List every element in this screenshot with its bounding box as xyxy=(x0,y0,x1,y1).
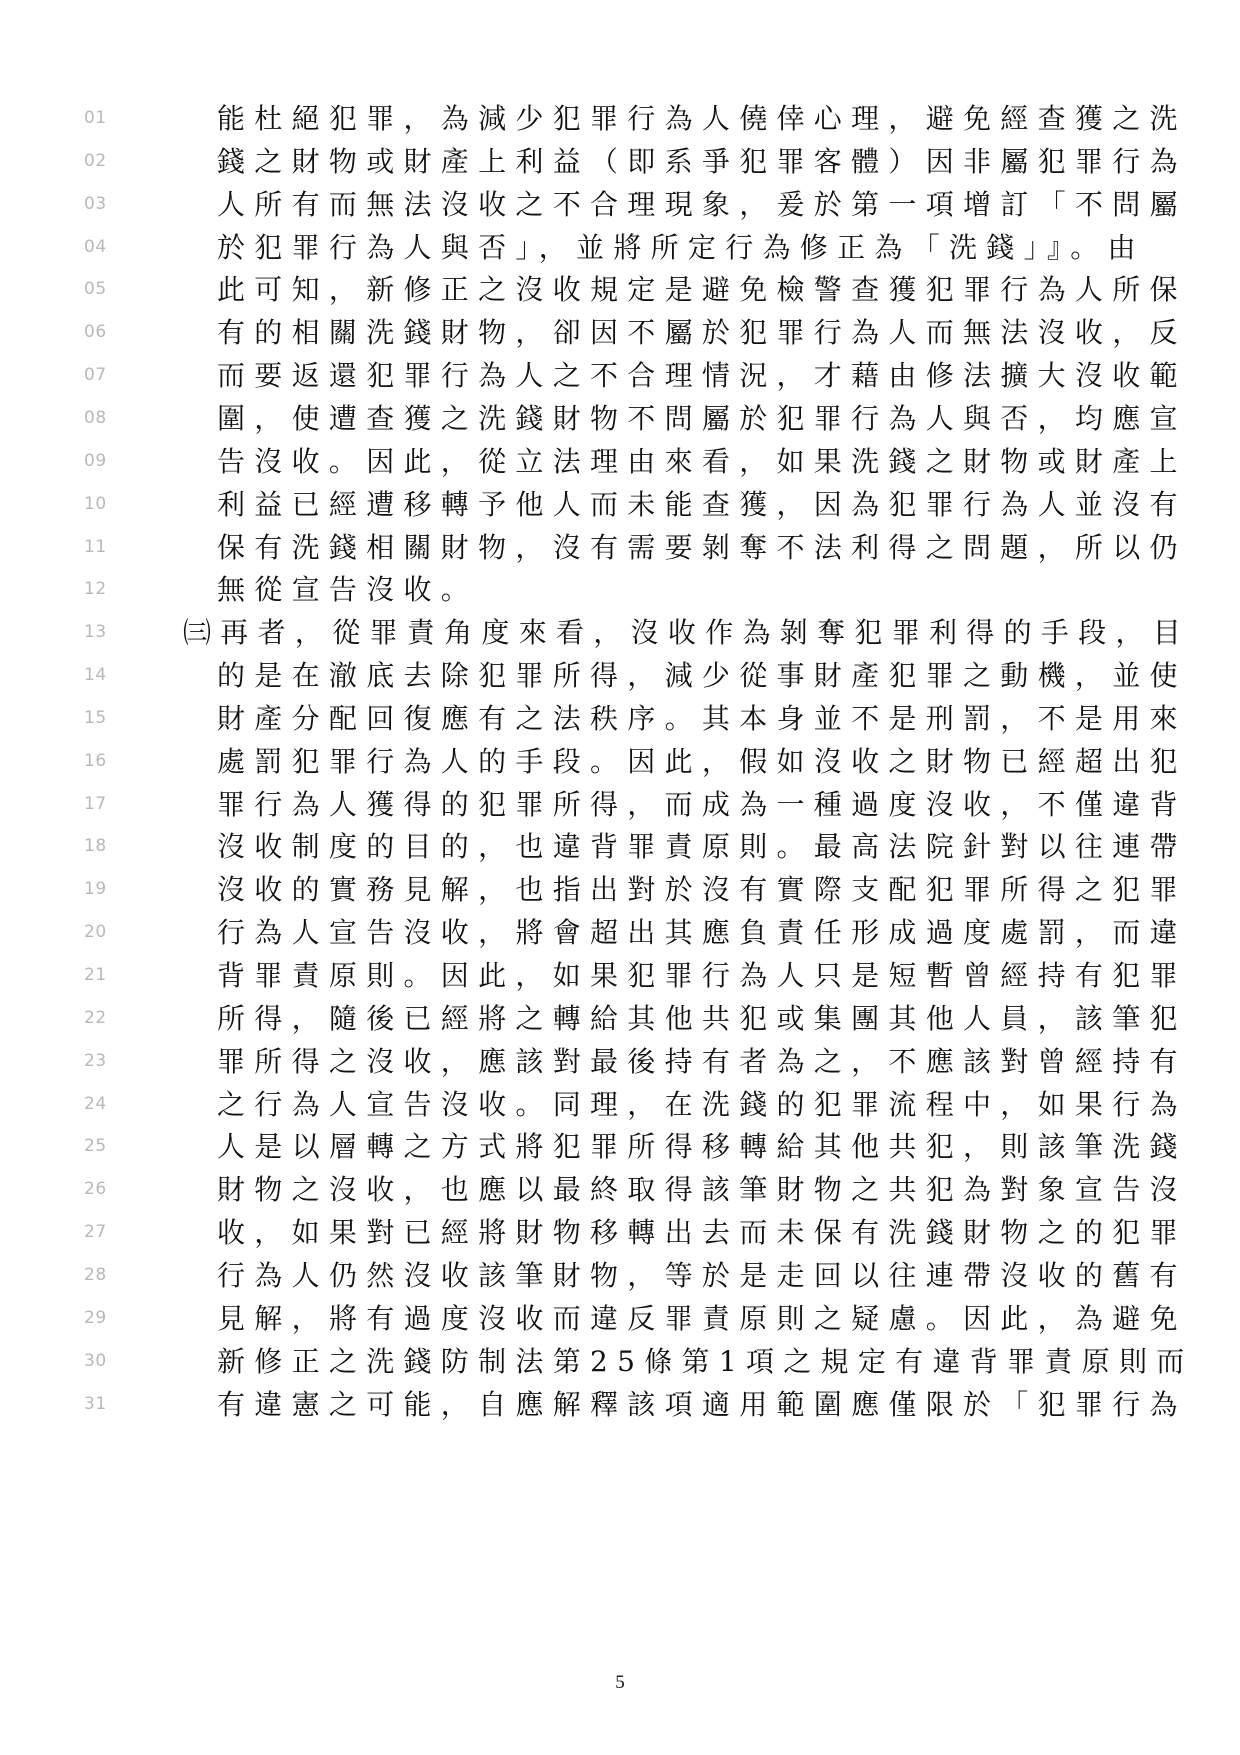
document-line: 27收，如果對已經將財物移轉出去而未保有洗錢財物之的犯罪 xyxy=(0,1211,1240,1254)
document-line: 17罪行為人獲得的犯罪所得，而成為一種過度沒收，不僅違背 xyxy=(0,783,1240,826)
line-number: 13 xyxy=(84,611,124,654)
document-line: 24之行為人宣告沒收。同理，在洗錢的犯罪流程中，如果行為 xyxy=(0,1083,1240,1126)
line-text: 圍，使遭查獲之洗錢財物不問屬於犯罪行為人與否，均應宣 xyxy=(217,397,1087,440)
document-line: 05此可知，新修正之沒收規定是避免檢警查獲犯罪行為人所保 xyxy=(0,268,1240,311)
line-text: 能杜絕犯罪，為減少犯罪行為人僥倖心理，避免經查獲之洗 xyxy=(217,97,1087,140)
document-line: 23罪所得之沒收，應該對最後持有者為之，不應該對曾經持有 xyxy=(0,1040,1240,1083)
document-line: 09告沒收。因此，從立法理由來看，如果洗錢之財物或財產上 xyxy=(0,440,1240,483)
document-line: 08圍，使遭查獲之洗錢財物不問屬於犯罪行為人與否，均應宣 xyxy=(0,397,1240,440)
line-number: 02 xyxy=(84,140,124,183)
document-line: 12無從宣告沒收。 xyxy=(0,568,1240,611)
document-line: 06有的相關洗錢財物，卻因不屬於犯罪行為人而無法沒收，反 xyxy=(0,311,1240,354)
line-number: 07 xyxy=(84,354,124,397)
line-number: 16 xyxy=(84,740,124,783)
document-line: 13㈢再者，從罪責角度來看，沒收作為剝奪犯罪利得的手段，目 xyxy=(0,611,1240,654)
line-text: 錢之財物或財產上利益（即系爭犯罪客體）因非屬犯罪行為 xyxy=(217,140,1087,183)
document-line: 10利益已經遭移轉予他人而未能查獲，因為犯罪行為人並沒有 xyxy=(0,483,1240,526)
line-number: 19 xyxy=(84,868,124,911)
line-number: 26 xyxy=(84,1168,124,1211)
line-text: 財物之沒收，也應以最終取得該筆財物之共犯為對象宣告沒 xyxy=(217,1168,1087,1211)
line-text: 見解，將有過度沒收而違反罪責原則之疑慮。因此，為避免 xyxy=(217,1297,1087,1340)
document-line: 14的是在澈底去除犯罪所得，減少從事財產犯罪之動機，並使 xyxy=(0,654,1240,697)
line-number: 03 xyxy=(84,183,124,226)
enumerated-paragraph-start: ㈢再者，從罪責角度來看，沒收作為剝奪犯罪利得的手段，目 xyxy=(183,611,1053,654)
document-line: 21背罪責原則。因此，如果犯罪行為人只是短暫曾經持有犯罪 xyxy=(0,954,1240,997)
document-line: 30新修正之洗錢防制法第25條第1項之規定有違背罪責原則而 xyxy=(0,1340,1240,1383)
line-number: 04 xyxy=(84,226,124,269)
line-number: 14 xyxy=(84,654,124,697)
line-text: 無從宣告沒收。 xyxy=(217,568,1087,611)
line-text: 處罰犯罪行為人的手段。因此，假如沒收之財物已經超出犯 xyxy=(217,740,1087,783)
line-text: 收，如果對已經將財物移轉出去而未保有洗錢財物之的犯罪 xyxy=(217,1211,1087,1254)
line-number: 01 xyxy=(84,97,124,140)
line-number: 29 xyxy=(84,1297,124,1340)
line-number: 10 xyxy=(84,483,124,526)
document-line: 25人是以層轉之方式將犯罪所得移轉給其他共犯，則該筆洗錢 xyxy=(0,1125,1240,1168)
document-line: 31有違憲之可能，自應解釋該項適用範圍應僅限於「犯罪行為 xyxy=(0,1383,1240,1426)
document-line: 02錢之財物或財產上利益（即系爭犯罪客體）因非屬犯罪行為 xyxy=(0,140,1240,183)
document-line: 07而要返還犯罪行為人之不合理情況，才藉由修法擴大沒收範 xyxy=(0,354,1240,397)
document-line: 26財物之沒收，也應以最終取得該筆財物之共犯為對象宣告沒 xyxy=(0,1168,1240,1211)
line-number: 22 xyxy=(84,997,124,1040)
line-text: 的是在澈底去除犯罪所得，減少從事財產犯罪之動機，並使 xyxy=(217,654,1087,697)
line-text: 告沒收。因此，從立法理由來看，如果洗錢之財物或財產上 xyxy=(217,440,1087,483)
line-text: 所得，隨後已經將之轉給其他共犯或集團其他人員，該筆犯 xyxy=(217,997,1087,1040)
line-number: 09 xyxy=(84,440,124,483)
line-number: 18 xyxy=(84,825,124,868)
line-text: 有違憲之可能，自應解釋該項適用範圍應僅限於「犯罪行為 xyxy=(217,1383,1087,1426)
document-line: 20行為人宣告沒收，將會超出其應負責任形成過度處罰，而違 xyxy=(0,911,1240,954)
line-number: 27 xyxy=(84,1211,124,1254)
document-line: 11保有洗錢相關財物，沒有需要剝奪不法利得之問題，所以仍 xyxy=(0,526,1240,569)
line-text: 沒收的實務見解，也指出對於沒有實際支配犯罪所得之犯罪 xyxy=(217,868,1087,911)
line-text: 而要返還犯罪行為人之不合理情況，才藉由修法擴大沒收範 xyxy=(217,354,1087,397)
document-line: 18沒收制度的目的，也違背罪責原則。最高法院針對以往連帶 xyxy=(0,825,1240,868)
line-text: 財產分配回復應有之法秩序。其本身並不是刑罰，不是用來 xyxy=(217,697,1087,740)
line-text: 利益已經遭移轉予他人而未能查獲，因為犯罪行為人並沒有 xyxy=(217,483,1087,526)
document-line: 15財產分配回復應有之法秩序。其本身並不是刑罰，不是用來 xyxy=(0,697,1240,740)
line-text: 人所有而無法沒收之不合理現象，爰於第一項增訂「不問屬 xyxy=(217,183,1087,226)
document-line: 01能杜絕犯罪，為減少犯罪行為人僥倖心理，避免經查獲之洗 xyxy=(0,97,1240,140)
line-number: 25 xyxy=(84,1125,124,1168)
line-text: 之行為人宣告沒收。同理，在洗錢的犯罪流程中，如果行為 xyxy=(217,1083,1087,1126)
document-line: 04於犯罪行為人與否」，並將所定行為修正為「洗錢」』。由 xyxy=(0,226,1240,269)
line-number: 06 xyxy=(84,311,124,354)
line-number: 23 xyxy=(84,1040,124,1083)
line-text: 有的相關洗錢財物，卻因不屬於犯罪行為人而無法沒收，反 xyxy=(217,311,1087,354)
line-text: 此可知，新修正之沒收規定是避免檢警查獲犯罪行為人所保 xyxy=(217,268,1087,311)
line-number: 17 xyxy=(84,783,124,826)
page-number: 5 xyxy=(0,1672,1240,1694)
line-number: 08 xyxy=(84,397,124,440)
line-number: 15 xyxy=(84,697,124,740)
document-line: 03人所有而無法沒收之不合理現象，爰於第一項增訂「不問屬 xyxy=(0,183,1240,226)
line-number: 31 xyxy=(84,1383,124,1426)
document-line: 16處罰犯罪行為人的手段。因此，假如沒收之財物已經超出犯 xyxy=(0,740,1240,783)
document-page: 01能杜絕犯罪，為減少犯罪行為人僥倖心理，避免經查獲之洗02錢之財物或財產上利益… xyxy=(0,0,1240,1755)
line-text: 新修正之洗錢防制法第25條第1項之規定有違背罪責原則而 xyxy=(217,1340,1087,1383)
line-number: 05 xyxy=(84,268,124,311)
line-number: 21 xyxy=(84,954,124,997)
document-line: 22所得，隨後已經將之轉給其他共犯或集團其他人員，該筆犯 xyxy=(0,997,1240,1040)
line-number: 24 xyxy=(84,1083,124,1126)
line-text: 行為人宣告沒收，將會超出其應負責任形成過度處罰，而違 xyxy=(217,911,1087,954)
line-number: 11 xyxy=(84,526,124,569)
document-line: 29見解，將有過度沒收而違反罪責原則之疑慮。因此，為避免 xyxy=(0,1297,1240,1340)
line-text: 罪所得之沒收，應該對最後持有者為之，不應該對曾經持有 xyxy=(217,1040,1087,1083)
line-text: 於犯罪行為人與否」，並將所定行為修正為「洗錢」』。由 xyxy=(217,226,1087,269)
line-text: 人是以層轉之方式將犯罪所得移轉給其他共犯，則該筆洗錢 xyxy=(217,1125,1087,1168)
document-line: 28行為人仍然沒收該筆財物，等於是走回以往連帶沒收的舊有 xyxy=(0,1254,1240,1297)
document-line: 19沒收的實務見解，也指出對於沒有實際支配犯罪所得之犯罪 xyxy=(0,868,1240,911)
line-number: 30 xyxy=(84,1340,124,1383)
line-text: 背罪責原則。因此，如果犯罪行為人只是短暫曾經持有犯罪 xyxy=(217,954,1087,997)
line-text: 罪行為人獲得的犯罪所得，而成為一種過度沒收，不僅違背 xyxy=(217,783,1087,826)
line-number: 28 xyxy=(84,1254,124,1297)
line-number: 20 xyxy=(84,911,124,954)
line-text: 保有洗錢相關財物，沒有需要剝奪不法利得之問題，所以仍 xyxy=(217,526,1087,569)
line-text: 行為人仍然沒收該筆財物，等於是走回以往連帶沒收的舊有 xyxy=(217,1254,1087,1297)
line-text: 沒收制度的目的，也違背罪責原則。最高法院針對以往連帶 xyxy=(217,825,1087,868)
line-number: 12 xyxy=(84,568,124,611)
